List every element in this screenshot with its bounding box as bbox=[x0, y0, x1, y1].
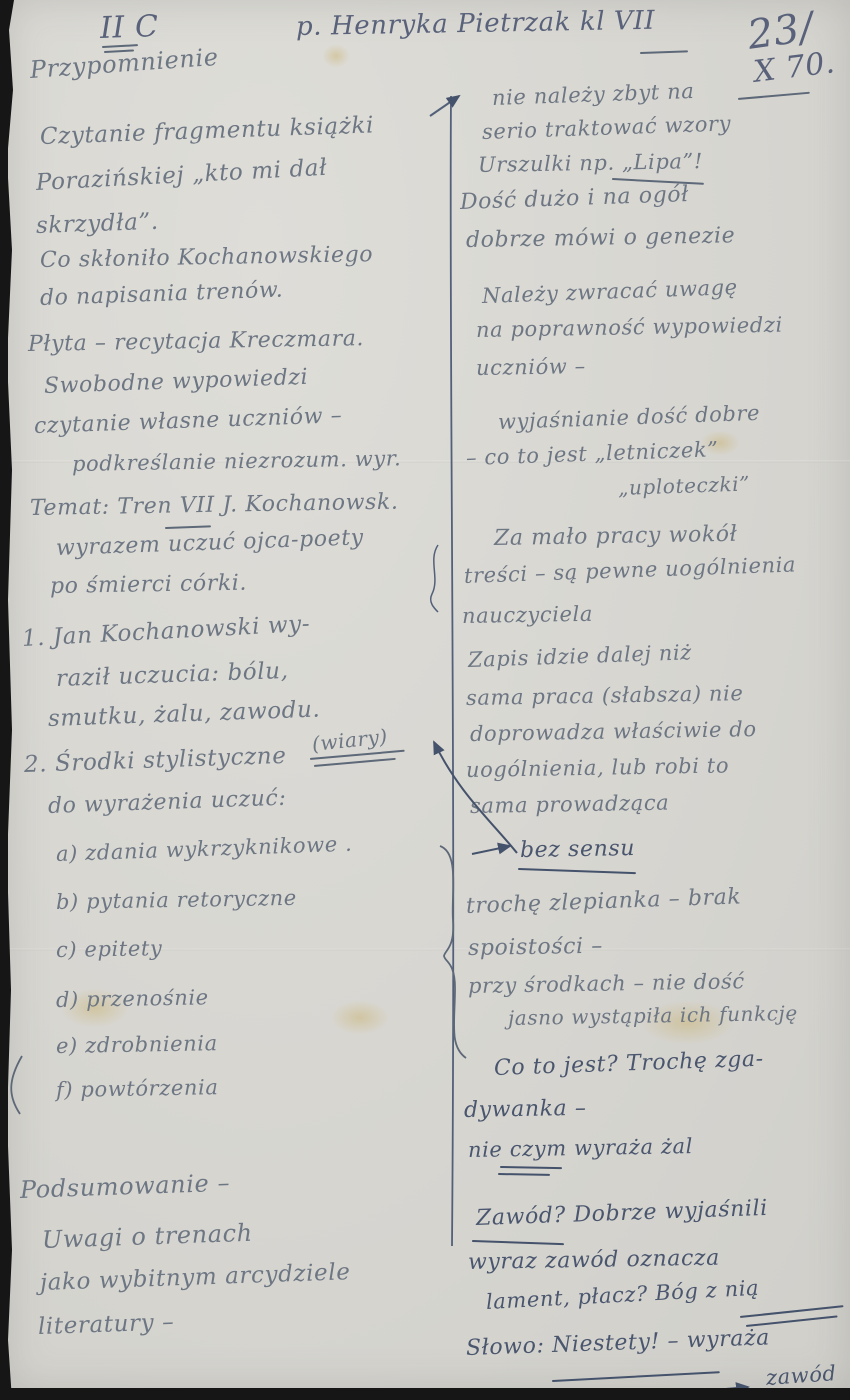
margin-note: „uploteczki” bbox=[618, 473, 751, 498]
margin-note: doprowadza właściwie do bbox=[470, 719, 757, 745]
margin-note: na poprawność wypowiedzi bbox=[476, 315, 783, 341]
handwritten-line: skrzydła”. bbox=[36, 211, 160, 238]
paper-stain bbox=[322, 44, 350, 68]
teacher-name-line: p. Henryka Pietrzak kl VII bbox=[296, 8, 656, 40]
lesson-topic-line: po śmierci córki. bbox=[50, 573, 247, 598]
scanned-notebook-page: { "page": { "type": "handwritten lesson … bbox=[0, 0, 850, 1400]
list-item: b) pytania retoryczne bbox=[56, 888, 297, 913]
margin-note: dobrze mówi o genezie bbox=[466, 225, 736, 252]
margin-note: bez sensu bbox=[520, 838, 635, 862]
margin-note: nie czym wyraża żal bbox=[468, 1136, 693, 1161]
margin-note: sama praca (słabsza) nie bbox=[466, 683, 744, 709]
margin-note: wyraz zawód oznacza bbox=[468, 1248, 720, 1274]
margin-note: jasno wystąpiła ich funkcję bbox=[508, 1003, 798, 1028]
list-item: e) zdrobnienia bbox=[56, 1033, 218, 1057]
list-item: c) epitety bbox=[56, 938, 163, 961]
margin-note: Za mało pracy wokół bbox=[494, 524, 738, 550]
margin-note: uczniów – bbox=[476, 356, 586, 379]
margin-note: spoistości – bbox=[468, 936, 603, 960]
handwritten-line: podkreślanie niezrozum. wyr. bbox=[72, 448, 402, 475]
margin-note: sama prowadząca bbox=[470, 793, 670, 817]
class-label: II C bbox=[99, 12, 159, 44]
margin-note: uogólnienia, lub robi to bbox=[466, 755, 729, 781]
list-item: f) powtórzenia bbox=[56, 1077, 219, 1101]
handwritten-line: Uwagi o trenach bbox=[42, 1221, 254, 1252]
margin-note: przy środkach – nie dość bbox=[468, 971, 745, 997]
summary-heading: Podsumowanie – bbox=[20, 1171, 231, 1202]
handwritten-line: literatury – bbox=[38, 1311, 175, 1339]
handwritten-line: Płyta – recytacja Kreczmara. bbox=[28, 328, 364, 356]
margin-note: nauczyciela bbox=[462, 604, 593, 627]
paper-stain bbox=[330, 1000, 390, 1035]
margin-note: zawód bbox=[765, 1363, 837, 1389]
handwritten-line: Co skłoniło Kochanowskiego bbox=[40, 244, 374, 272]
margin-note: Urszulki np. „Lipa”! bbox=[478, 151, 703, 176]
list-item: d) przenośnie bbox=[56, 987, 209, 1011]
margin-note: dywanka – bbox=[464, 1098, 587, 1122]
